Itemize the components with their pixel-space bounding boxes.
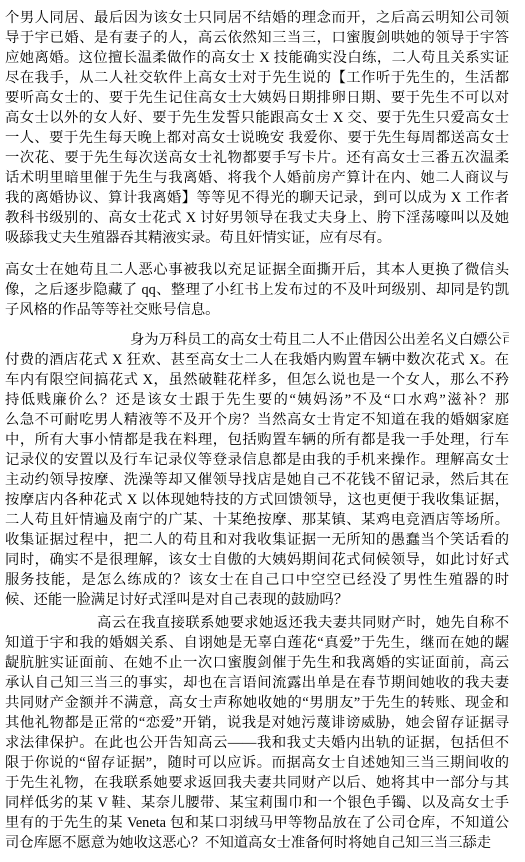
text-line: 像，之后逐步隐藏了 qq、整理了小红书上发布过的不及叶珂级别、却同是钓凯 bbox=[5, 280, 509, 300]
text-line: 于先生礼物，在我联系她要求返回我夫妻共同财产以后、她将其中一部分与其 bbox=[5, 773, 509, 793]
text-line: 一人、要于先生每天晚上都对高女士说晚安 我爱你、要于先生每周都送高女士 bbox=[5, 128, 509, 148]
text-line: 吸舔我丈夫生殖器吞其精液实录。苟且奸情实证，应有尽有。 bbox=[5, 228, 509, 248]
text-line: 服务技能，是怎么练成的？该女士在自己口中空空已经没了男性生殖器的时 bbox=[5, 570, 509, 590]
text-line: 身为万科员工的高女士苟且二人不止借因公出差名义白嫖公司 bbox=[5, 330, 509, 350]
text-line: 按摩店内各种花式 X 以体现她特技的方式回馈领导，这也更便于我收集证据， bbox=[5, 490, 509, 510]
text-line: 主动约领导按摩、洗澡等却又催领导找店是她自己不花钱不留记录，然后其在 bbox=[5, 470, 509, 490]
text-line: 承认自己知三当三的事实，却也在言语间流露出单是在春节期间她收的我夫妻 bbox=[5, 673, 509, 693]
text-line: 我的离婚协议、算计我离婚】等等见不得光的聊天记录，到可以成为 X 工作者 bbox=[5, 188, 509, 208]
text-line: 高女士在她苟且二人恶心事被我以充足证据全面撕开后，其本人更换了微信头 bbox=[5, 260, 509, 280]
paragraph-2: 高女士在她苟且二人恶心事被我以充足证据全面撕开后，其本人更换了微信头像，之后逐步… bbox=[5, 260, 509, 320]
paragraph-4: 高云在我直接联系她要求她返还我夫妻共同财产时，她先自称不知道于宇和我的婚姻关系、… bbox=[5, 613, 509, 853]
text-line: 里有的于先生的某 Veneta 包和某口羽绒马甲等物品放在了公司仓库，不知道公 bbox=[5, 813, 509, 833]
text-line: 高女士以外的女人好、要于先生发誓只能跟高女士 X 交、要于先生只爱高女士 bbox=[5, 108, 509, 128]
text-line: 同时，确实不是很理解，该女士自傲的大姨妈期间花式伺候领导，如此讨好式 bbox=[5, 550, 509, 570]
text-line: 么急不可耐吃男人精液等不及开个房？当然高女士肯定不知道在我的婚姻家庭 bbox=[5, 410, 509, 430]
text-line: 持低贱廉价么？还是该女士跟于先生要的“姨妈汤”不及“口水鸡”滋补？那 bbox=[5, 390, 509, 410]
text-line: 二人苟且奸情遍及南宁的广某、十某绝按摩、那某镇、某鸡电竞酒店等场所。 bbox=[5, 510, 509, 530]
text-line: 导于宇已婚、是有妻子的人，高云依然知三当三，口蜜腹剑哄她的领导于宇答 bbox=[5, 28, 509, 48]
text-line: 中，所有大事小情都是我在料理，包括购置车辆的所有都是我一手处理，行车 bbox=[5, 430, 509, 450]
text-line: 限于你说的“留存证据”，随时可以应诉。而据高女士自述她知三当三期间收的 bbox=[5, 753, 509, 773]
text-line: 共同财产金额并不满意，高女士声称她收她的“男朋友”于先生的转账、现金和 bbox=[5, 693, 509, 713]
text-line: 同样低劣的某 V 鞋、某奈儿腰带、某宝莉围巾和一个银色手镯、以及高女士手 bbox=[5, 793, 509, 813]
text-line: 记录仪的安置以及行车记录仪等登录信息都是由我的手机来操作。理解高女士 bbox=[5, 450, 509, 470]
text-line: 收集证据过程中，把二人的苟且和对我收集证据一无所知的愚蠢当个笑话看的 bbox=[5, 530, 509, 550]
text-line: 教科书级别的、高女士花式 X 讨好男领导在我丈夫身上、胯下淫荡嚎叫以及她 bbox=[5, 208, 509, 228]
paragraph-3: 身为万科员工的高女士苟且二人不止借因公出差名义白嫖公司付费的酒店花式 X 狂欢、… bbox=[5, 330, 509, 610]
document-page: 个男人同居、最后因为该女士只同居不结婚的理念而开，之后高云明知公司领导于宇已婚、… bbox=[0, 0, 525, 862]
text-line: 应她离婚。这位擅长温柔做作的高女士 X 技能确实没白练，二人苟且关系实证 bbox=[5, 48, 509, 68]
text-line: 要听高女士的、要于先生记住高女士大姨妈日期排卵日期、要于先生不可以对 bbox=[5, 88, 509, 108]
text-line: 求法律保护。在此也公开告知高云——我和我丈夫婚内出轨的证据，包括但不 bbox=[5, 733, 509, 753]
text-line: 高云在我直接联系她要求她返还我夫妻共同财产时，她先自称不 bbox=[5, 613, 509, 633]
text-line: 其他礼物都是正常的“恋爱”开销，说我是对她污蔑诽谤威胁，她会留存证据寻 bbox=[5, 713, 509, 733]
text-line: 子风格的作品等等社交账号信息。 bbox=[5, 300, 509, 320]
text-line: 车内有限空间搞花式 X，虽然破鞋花样多，但怎么说也是一个女人，那么不矜 bbox=[5, 370, 509, 390]
text-line: 付费的酒店花式 X 狂欢、甚至高女士二人在我婚内购置车辆中数次花式 X。在 bbox=[5, 350, 509, 370]
text-line: 尽在我手，从二人社交软件上高女士对于先生说的【工作听于先生的，生活都 bbox=[5, 68, 509, 88]
text-line: 司仓库愿不愿意为她收这恶心？不知道高女士准备何时将她自己知三当三舔走 bbox=[5, 833, 509, 853]
text-line: 话术明里暗里催于先生与我离婚、将我个人婚前房产算计在内、她二人商议与 bbox=[5, 168, 509, 188]
text-line: 一次花、要于先生每次送高女士礼物都要手写卡片。还有高女士三番五次温柔 bbox=[5, 148, 509, 168]
text-line: 知道于宇和我的婚姻关系、自诩她是无辜白莲花“真爱”于先生，继而在她的龌 bbox=[5, 633, 509, 653]
text-line: 候、还能一脸满足讨好式淫叫是对自己表现的鼓励吗？ bbox=[5, 590, 509, 610]
text-line: 龊肮脏实证面前、在她不止一次口蜜腹剑催于先生和我离婚的实证面前，高云 bbox=[5, 653, 509, 673]
paragraph-1: 个男人同居、最后因为该女士只同居不结婚的理念而开，之后高云明知公司领导于宇已婚、… bbox=[5, 8, 509, 248]
text-line: 个男人同居、最后因为该女士只同居不结婚的理念而开，之后高云明知公司领 bbox=[5, 8, 509, 28]
